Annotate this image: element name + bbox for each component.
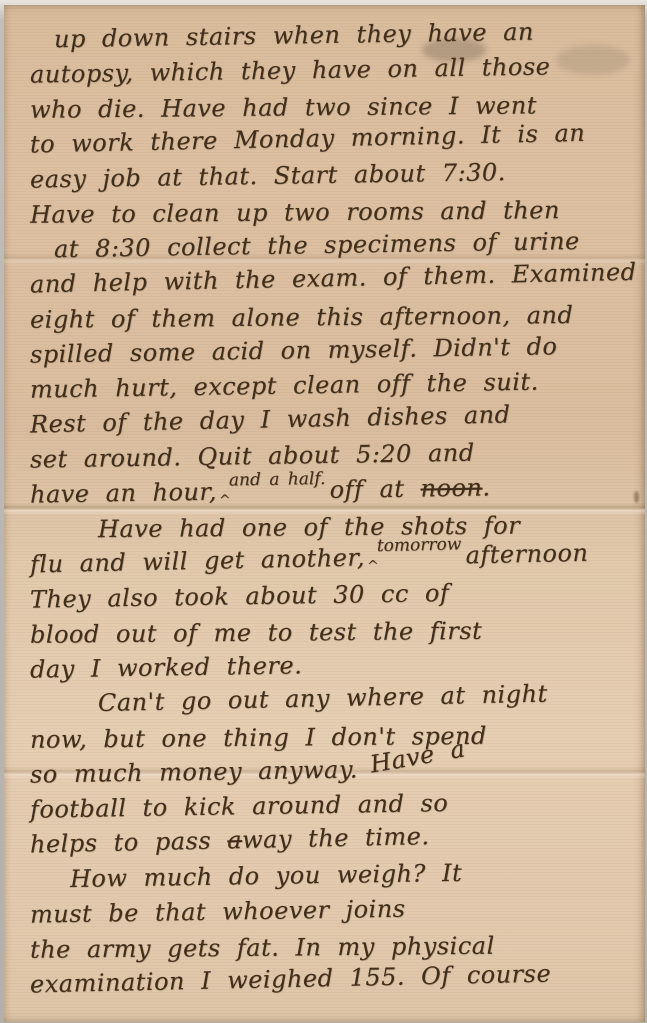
struck-text: a [227, 826, 242, 854]
line-text: so much money anyway. [30, 755, 358, 788]
caret-mark: ^ [367, 558, 380, 574]
line-text: off at [329, 475, 404, 504]
inserted-text: tomorrow [377, 534, 462, 556]
line-text: afternoon [465, 539, 588, 570]
line-text: way the time. [242, 822, 430, 854]
letter-body: up down stairs when they have an autopsy… [4, 23, 645, 1003]
line-text: helps to pass [30, 826, 228, 858]
letter-page: up down stairs when they have an autopsy… [4, 5, 645, 1022]
scanned-photo-frame: up down stairs when they have an autopsy… [0, 0, 647, 1023]
inserted-text: and a half. [229, 469, 326, 491]
line-text: . [482, 473, 491, 501]
line-text: flu and will get another, [30, 543, 365, 578]
struck-text: noon [420, 473, 482, 502]
caret-mark: ^ [219, 492, 231, 508]
line-text: have an hour, [30, 478, 217, 509]
